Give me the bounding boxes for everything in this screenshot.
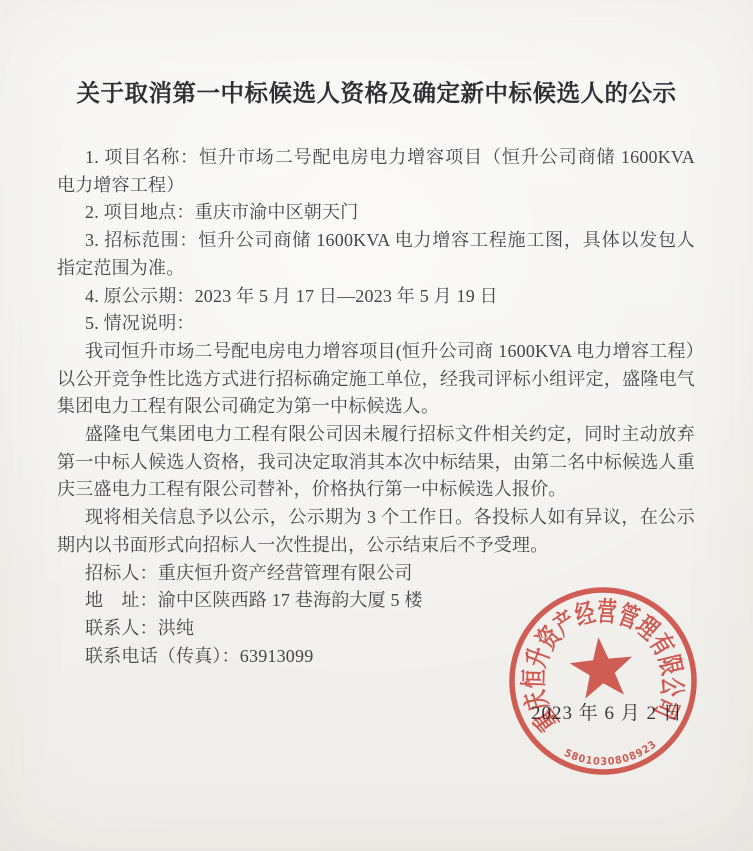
document-page: 关于取消第一中标候选人资格及确定新中标候选人的公示 1. 项目名称：恒升市场二号…: [0, 0, 753, 851]
paragraph-original-period: 4. 原公示期：2023 年 5 月 17 日—2023 年 5 月 19 日: [57, 283, 695, 311]
paragraph-project-place: 2. 项目地点：重庆市渝中区朝天门: [57, 199, 695, 227]
paragraph-situation-1: 我司恒升市场二号配电房电力增容项目(恒升公司商 1600KVA 电力增容工程）以…: [57, 338, 695, 421]
paragraph-project-name: 1. 项目名称：恒升市场二号配电房电力增容项目（恒升公司商储 1600KVA 电…: [57, 144, 695, 199]
page-title: 关于取消第一中标候选人资格及确定新中标候选人的公示: [0, 74, 753, 108]
paragraph-situation-2: 盛隆电气集团电力工程有限公司因未履行招标文件相关约定，同时主动放弃第一中标人候选…: [57, 421, 695, 504]
paragraph-bid-scope: 3. 招标范围：恒升公司商储 1600KVA 电力增容工程施工图，具体以发包人指…: [57, 227, 695, 282]
company-seal: 重庆恒升资产经营管理有限公司 5801030808923: [502, 580, 704, 782]
paragraph-situation-heading: 5. 情况说明：: [57, 310, 695, 338]
star-icon: [567, 634, 636, 700]
paragraph-situation-3: 现将相关信息予以公示，公示期为 3 个工作日。各投标人如有异议，在公示期内以书面…: [57, 504, 695, 559]
